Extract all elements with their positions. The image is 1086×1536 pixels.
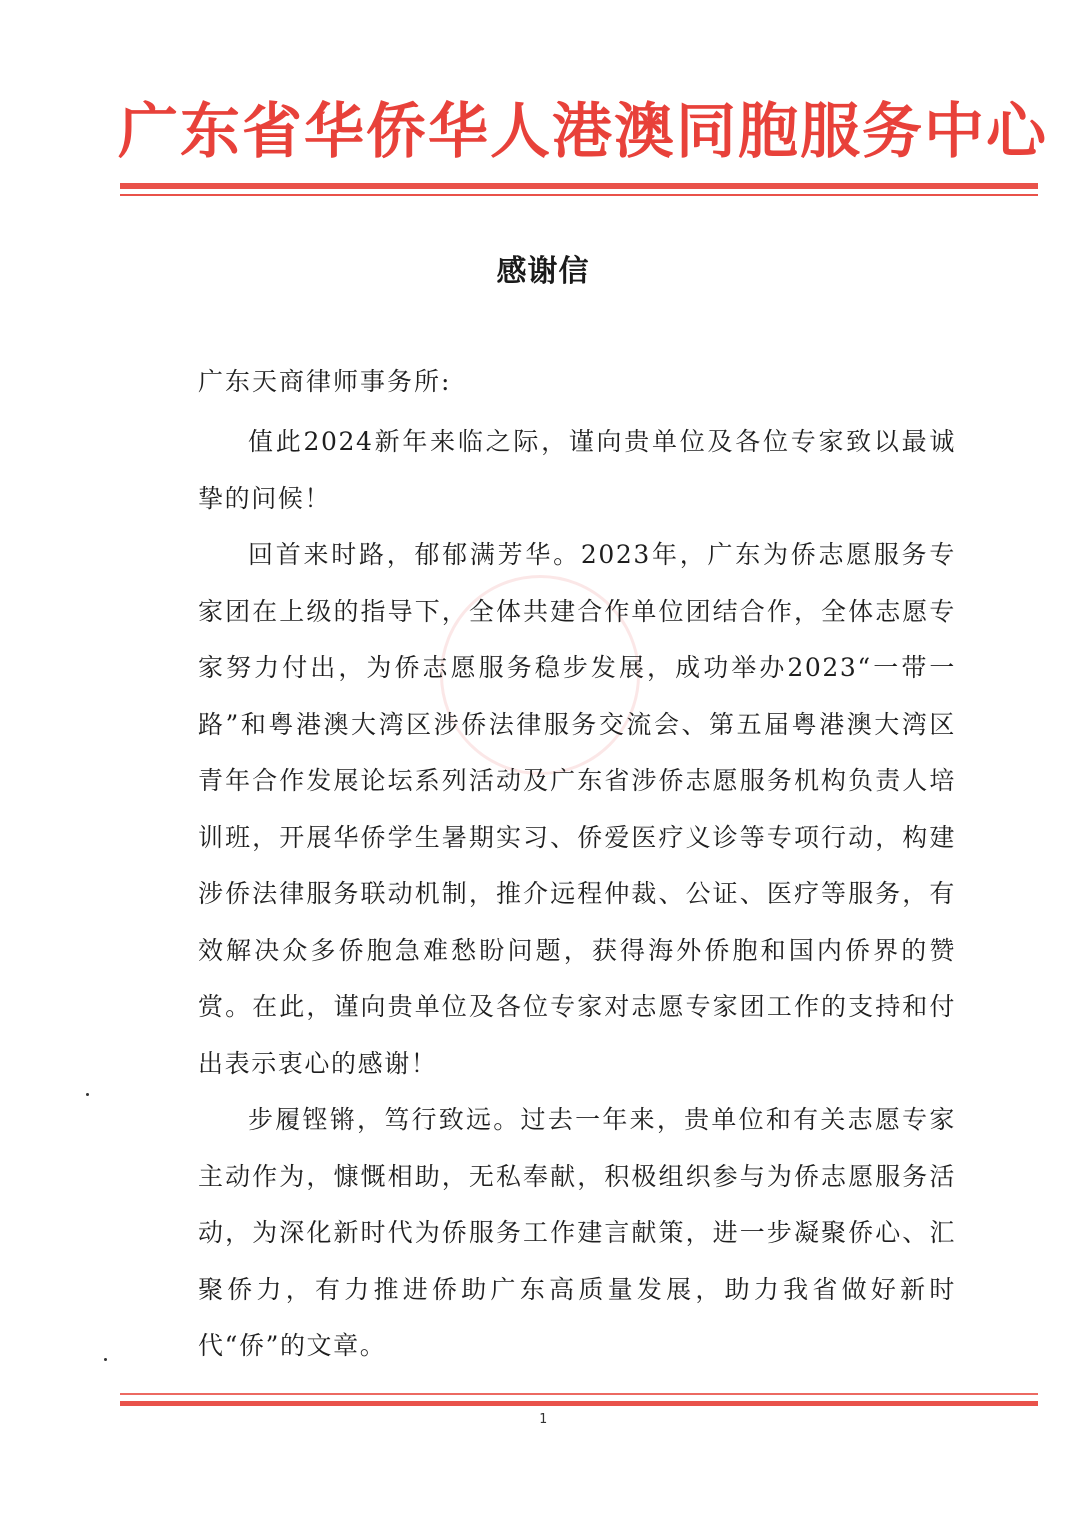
- scan-speck: [104, 1358, 107, 1361]
- letter-title: 感谢信: [0, 246, 1086, 290]
- header-divider-thin: [120, 194, 1038, 196]
- letter-body: 值此2024新年来临之际，谨向贵单位及各位专家致以最诚挚的问候！ 回首来时路，郁…: [198, 414, 956, 1375]
- footer-divider-thick: [120, 1401, 1038, 1406]
- paragraph-appreciation: 步履铿锵，笃行致远。过去一年来，贵单位和有关志愿专家主动作为，慷慨相助，无私奉献…: [198, 1092, 956, 1375]
- scan-speck: [86, 1093, 89, 1096]
- paragraph-review-2023: 回首来时路，郁郁满芳华。2023年，广东为侨志愿服务专家团在上级的指导下，全体共…: [198, 527, 956, 1092]
- letter-salutation: 广东天商律师事务所:: [198, 362, 451, 398]
- footer-divider-thin: [120, 1393, 1038, 1395]
- header-divider-thick: [120, 183, 1038, 189]
- paragraph-greeting: 值此2024新年来临之际，谨向贵单位及各位专家致以最诚挚的问候！: [198, 414, 956, 527]
- letterhead-organization-name: 广东省华侨华人港澳同胞服务中心: [118, 92, 1038, 172]
- page-number: 1: [0, 1412, 1086, 1427]
